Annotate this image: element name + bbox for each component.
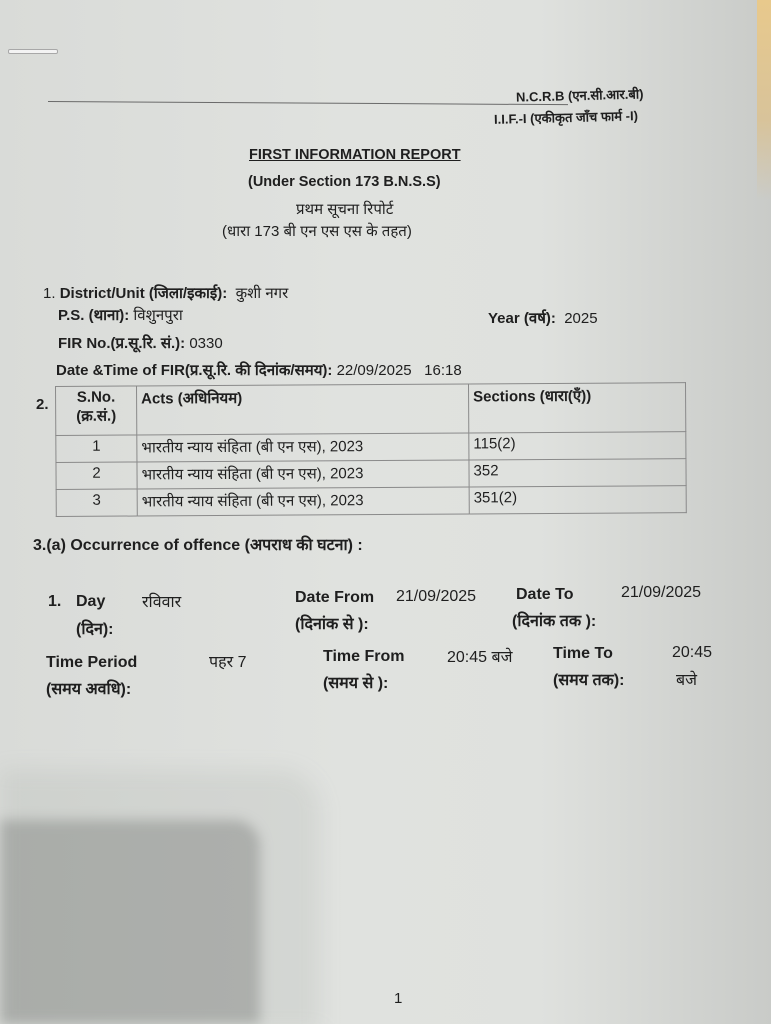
fir-label: FIR No.(प्र.सू.रि. सं.): xyxy=(58,335,185,352)
table-row: 1 भारतीय न्याय संहिता (बी एन एस), 2023 1… xyxy=(56,432,686,463)
header-rule xyxy=(48,101,568,105)
row-section: 352 xyxy=(469,459,686,487)
ps-label: P.S. (थाना): xyxy=(58,307,129,324)
fir-row: FIR No.(प्र.सू.रि. सं.): 0330 xyxy=(58,333,223,353)
time-from-label: Time From xyxy=(323,648,405,666)
page-number: 1 xyxy=(394,990,402,1007)
time-to-label: Time To xyxy=(553,645,613,663)
time-period-label-hindi: (समय अवधि): xyxy=(46,677,131,699)
desk-edge xyxy=(757,0,771,200)
fir-time-value: 16:18 xyxy=(424,362,462,379)
ps-row: P.S. (थाना): विशुनपुरा xyxy=(58,305,183,325)
row-sno: 3 xyxy=(56,489,137,516)
date-to-label: Date To xyxy=(516,586,573,604)
date-to-label-hindi: (दिनांक तक ): xyxy=(512,609,596,631)
year-value: 2025 xyxy=(564,310,597,327)
date-from-value: 21/09/2025 xyxy=(396,588,476,606)
time-to-value: 20:45 xyxy=(672,644,712,662)
year-row: Year (वर्ष): 2025 xyxy=(488,308,598,328)
time-period-label: Time Period xyxy=(46,654,137,672)
row-act: भारतीय न्याय संहिता (बी एन एस), 2023 xyxy=(137,487,469,516)
date-from-label: Date From xyxy=(295,589,374,607)
staple-mark xyxy=(8,49,58,54)
row-section: 115(2) xyxy=(469,432,686,460)
ps-value: विशुनपुरा xyxy=(133,307,182,324)
report-subtitle-hindi: (धारा 173 बी एन एस एस के तहत) xyxy=(222,221,412,241)
time-period-value: पहर 7 xyxy=(209,650,246,672)
occurrence-heading: 3.(a) Occurrence of offence (अपराध की घट… xyxy=(33,533,363,555)
header-sections: Sections (धारा(एँ)) xyxy=(468,383,685,433)
district-value: कुशी नगर xyxy=(236,285,289,302)
date-to-value: 21/09/2025 xyxy=(621,584,701,602)
iif-label: I.I.F.-I (एकीकृत जाँच फार्म -I) xyxy=(494,106,638,128)
fir-value: 0330 xyxy=(189,335,222,352)
row-act: भारतीय न्याय संहिता (बी एन एस), 2023 xyxy=(137,460,469,489)
header-sno: S.No. (क्र.सं.) xyxy=(56,386,137,435)
year-label: Year (वर्ष): xyxy=(488,310,556,327)
table-row: 3 भारतीय न्याय संहिता (बी एन एस), 2023 3… xyxy=(56,486,686,517)
day-label: Day xyxy=(76,593,105,611)
district-row: 1. District/Unit (जिला/इकाई): कुशी नगर xyxy=(43,283,288,303)
section2-number: 2. xyxy=(36,396,49,413)
hand-shadow xyxy=(0,820,260,1024)
time-to-suffix: बजे xyxy=(676,668,697,690)
row-sno: 2 xyxy=(56,462,137,489)
table-row: 2 भारतीय न्याय संहिता (बी एन एस), 2023 3… xyxy=(56,459,686,490)
fir-datetime-label: Date &Time of FIR(प्र.सू.रि. की दिनांक/स… xyxy=(56,362,332,379)
fir-datetime-row: Date &Time of FIR(प्र.सू.रि. की दिनांक/स… xyxy=(56,360,462,380)
acts-table-header: S.No. (क्र.सं.) Acts (अधिनियम) Sections … xyxy=(56,383,686,436)
row-act: भारतीय न्याय संहिता (बी एन एस), 2023 xyxy=(137,433,469,462)
day-label-hindi: (दिन): xyxy=(76,617,114,639)
day-value: रविवार xyxy=(142,590,181,612)
report-title: FIRST INFORMATION REPORT xyxy=(249,147,461,163)
district-label: District/Unit (जिला/इकाई): xyxy=(60,285,228,302)
fir-date-value: 22/09/2025 xyxy=(337,362,412,379)
report-subtitle: (Under Section 173 B.N.S.S) xyxy=(248,174,441,190)
date-from-label-hindi: (दिनांक से ): xyxy=(295,612,369,634)
acts-table: S.No. (क्र.सं.) Acts (अधिनियम) Sections … xyxy=(55,382,687,517)
section1-number: 1. xyxy=(43,285,56,302)
row-section: 351(2) xyxy=(469,486,686,514)
time-from-value: 20:45 बजे xyxy=(447,645,513,667)
header-acts: Acts (अधिनियम) xyxy=(137,384,469,435)
row-sno: 1 xyxy=(56,435,137,462)
time-from-label-hindi: (समय से ): xyxy=(323,671,388,693)
ncrb-label: N.C.R.B (एन.सी.आर.बी) xyxy=(516,84,644,105)
occurrence-item-number: 1. xyxy=(48,593,61,611)
report-title-hindi: प्रथम सूचना रिपोर्ट xyxy=(296,199,393,219)
time-to-label-hindi: (समय तक): xyxy=(553,668,625,690)
